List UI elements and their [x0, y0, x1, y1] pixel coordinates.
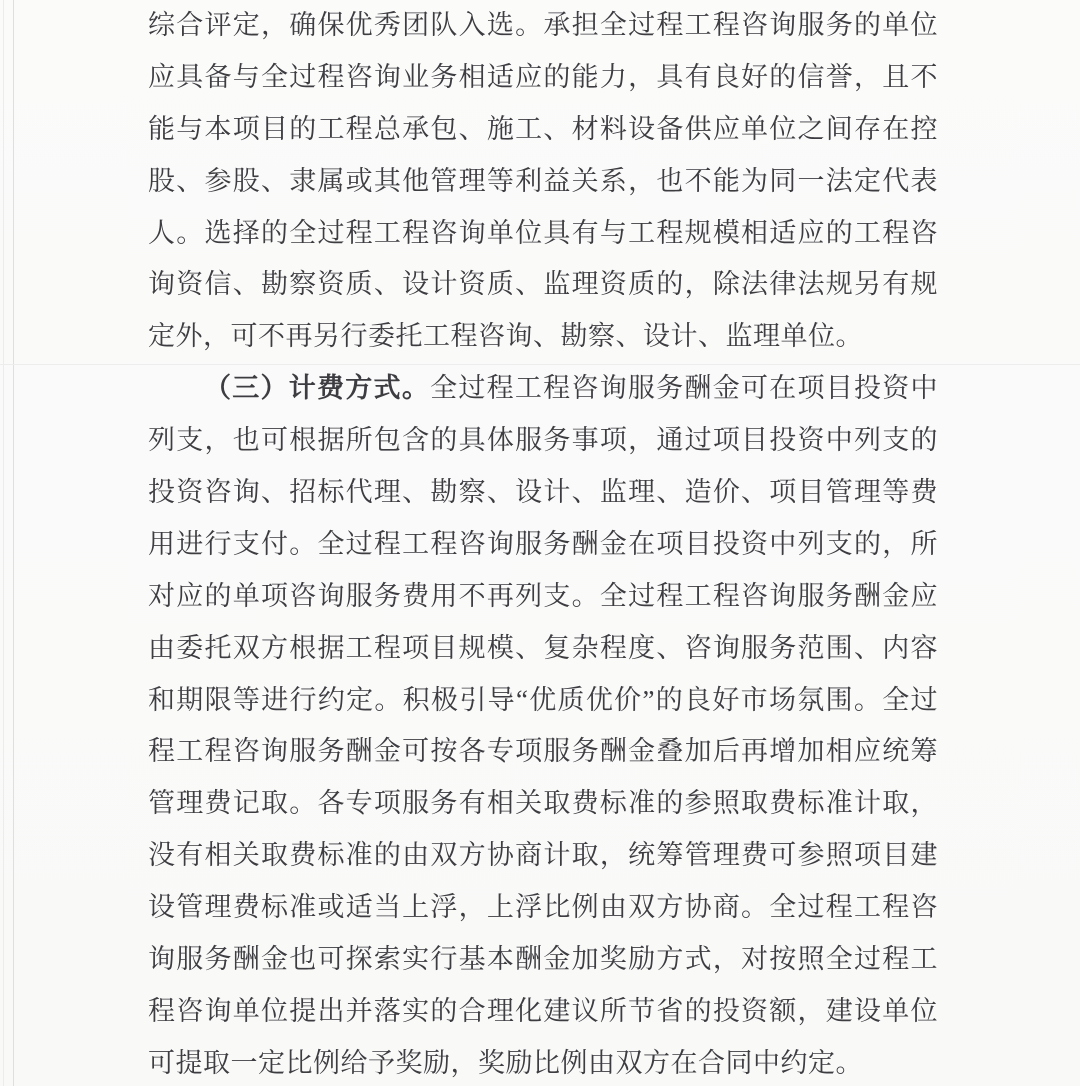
body-text: 由委托双方根据工程项目规模、复杂程度、咨询服务范围、内容	[148, 633, 938, 663]
text-line: （三）计费方式。全过程工程咨询服务酬金可在项目投资中	[148, 363, 938, 415]
body-text: 能与本项目的工程总承包、施工、材料设备供应单位之间存在控	[148, 114, 938, 144]
document-body: 综合评定，确保优秀团队入选。承担全过程工程咨询服务的单位应具备与全过程咨询业务相…	[148, 0, 938, 1086]
text-line: 程咨询单位提出并落实的合理化建议所节省的投资额，建设单位	[148, 986, 938, 1038]
scan-edge-line-outer	[3, 0, 4, 1086]
body-text: 投资咨询、招标代理、勘察、设计、监理、造价、项目管理等费	[148, 477, 938, 507]
section-heading-text: （三）计费方式。	[204, 373, 430, 403]
body-text: 人。选择的全过程工程咨询单位具有与工程规模相适应的工程咨	[148, 218, 938, 248]
body-text: 没有相关取费标准的由双方协商计取，统筹管理费可参照项目建	[148, 840, 938, 870]
text-line: 程工程咨询服务酬金可按各专项服务酬金叠加后再增加相应统筹	[148, 726, 938, 778]
body-text: 定外，可不再另行委托工程咨询、勘察、设计、监理单位。	[148, 321, 863, 351]
body-text: 列支，也可根据所包含的具体服务事项，通过项目投资中列支的	[148, 425, 938, 455]
text-line: 定外，可不再另行委托工程咨询、勘察、设计、监理单位。	[148, 311, 938, 363]
text-line: 由委托双方根据工程项目规模、复杂程度、咨询服务范围、内容	[148, 623, 938, 675]
text-line: 询资信、勘察资质、设计资质、监理资质的，除法律法规另有规	[148, 259, 938, 311]
body-text: 设管理费标准或适当上浮，上浮比例由双方协商。全过程工程咨	[148, 892, 938, 922]
body-text: 和期限等进行约定。积极引导“优质优价”的良好市场氛围。全过	[148, 685, 938, 715]
text-line: 询服务酬金也可探索实行基本酬金加奖励方式，对按照全过程工	[148, 934, 938, 986]
text-line: 股、参股、隶属或其他管理等利益关系，也不能为同一法定代表	[148, 156, 938, 208]
text-line: 没有相关取费标准的由双方协商计取，统筹管理费可参照项目建	[148, 830, 938, 882]
body-text: 程咨询单位提出并落实的合理化建议所节省的投资额，建设单位	[148, 996, 938, 1026]
body-text: 股、参股、隶属或其他管理等利益关系，也不能为同一法定代表	[148, 166, 938, 196]
body-text: 用进行支付。全过程工程咨询服务酬金在项目投资中列支的，所	[148, 529, 938, 559]
text-line: 和期限等进行约定。积极引导“优质优价”的良好市场氛围。全过	[148, 675, 938, 727]
text-line: 用进行支付。全过程工程咨询服务酬金在项目投资中列支的，所	[148, 519, 938, 571]
body-text: 询服务酬金也可探索实行基本酬金加奖励方式，对按照全过程工	[148, 944, 938, 974]
body-text: 可提取一定比例给予奖励，奖励比例由双方在合同中约定。	[148, 1048, 863, 1078]
body-text: 管理费记取。各专项服务有相关取费标准的参照取费标准计取，	[148, 788, 938, 818]
text-line: 能与本项目的工程总承包、施工、材料设备供应单位之间存在控	[148, 104, 938, 156]
body-text: 对应的单项咨询服务费用不再列支。全过程工程咨询服务酬金应	[148, 581, 938, 611]
document-page: 综合评定，确保优秀团队入选。承担全过程工程咨询服务的单位应具备与全过程咨询业务相…	[0, 0, 1080, 1086]
body-text: 综合评定，确保优秀团队入选。承担全过程工程咨询服务的单位	[148, 10, 938, 40]
text-line: 对应的单项咨询服务费用不再列支。全过程工程咨询服务酬金应	[148, 571, 938, 623]
text-line: 应具备与全过程咨询业务相适应的能力，具有良好的信誉，且不	[148, 52, 938, 104]
text-line: 设管理费标准或适当上浮，上浮比例由双方协商。全过程工程咨	[148, 882, 938, 934]
body-text: 全过程工程咨询服务酬金可在项目投资中	[430, 373, 938, 403]
text-line: 人。选择的全过程工程咨询单位具有与工程规模相适应的工程咨	[148, 208, 938, 260]
scan-edge-line-inner	[13, 0, 14, 1086]
body-text: 程工程咨询服务酬金可按各专项服务酬金叠加后再增加相应统筹	[148, 736, 938, 766]
body-text: 应具备与全过程咨询业务相适应的能力，具有良好的信誉，且不	[148, 62, 938, 92]
text-line: 列支，也可根据所包含的具体服务事项，通过项目投资中列支的	[148, 415, 938, 467]
text-line: 管理费记取。各专项服务有相关取费标准的参照取费标准计取，	[148, 778, 938, 830]
body-text: 询资信、勘察资质、设计资质、监理资质的，除法律法规另有规	[148, 269, 938, 299]
text-line: 投资咨询、招标代理、勘察、设计、监理、造价、项目管理等费	[148, 467, 938, 519]
text-line: 综合评定，确保优秀团队入选。承担全过程工程咨询服务的单位	[148, 0, 938, 52]
text-line: 可提取一定比例给予奖励，奖励比例由双方在合同中约定。	[148, 1038, 938, 1086]
